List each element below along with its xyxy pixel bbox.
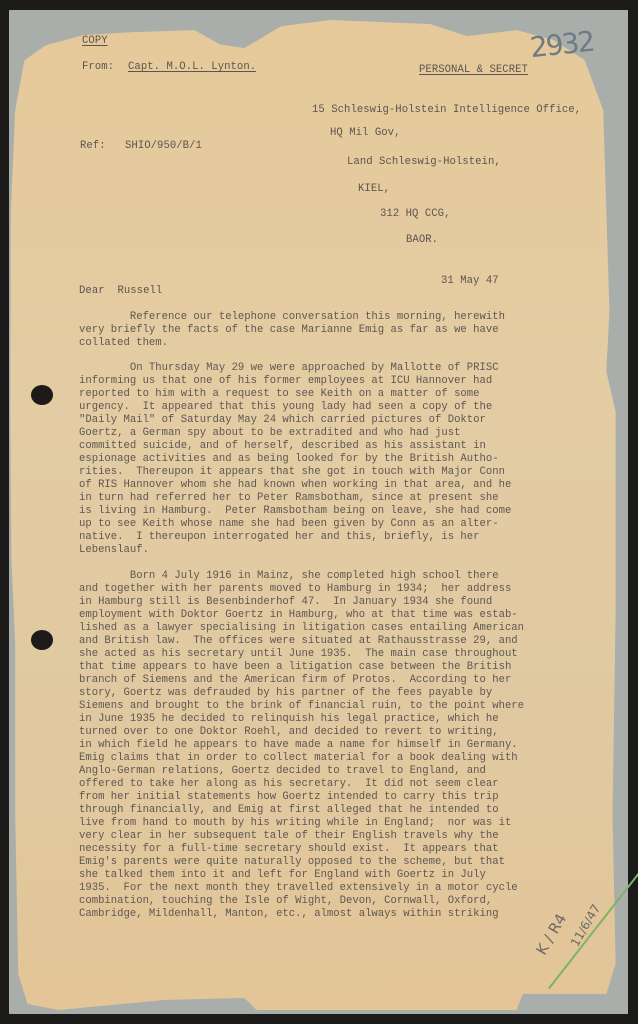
body-line: of RIS Hannover whom she had known when … [79, 479, 511, 491]
body-line: 1935. For the next month they travelled … [79, 882, 518, 894]
body-line: Emig claims that in order to collect mat… [79, 752, 518, 764]
body-line: combination, touching the Isle of Wight,… [79, 895, 492, 907]
body-line: and together with her parents moved to H… [79, 583, 511, 595]
body-line: committed suicide, and of herself, descr… [79, 440, 486, 452]
body-line: through financially, and Emig at first a… [79, 804, 499, 816]
body-line: Born 4 July 1916 in Mainz, she completed… [79, 570, 499, 582]
classification-marking: PERSONAL & SECRET [419, 64, 528, 77]
body-line: reported to him with a request to see Ke… [79, 388, 480, 400]
body-line: in Hamburg still is Besenbinderhof 47. I… [79, 596, 492, 608]
body-line: very clear in her subsequent tale of the… [79, 830, 499, 842]
body-line: rities. Thereupon it appears that she go… [79, 466, 505, 478]
ref-label: Ref: [80, 140, 106, 153]
body-line: Lebenslauf. [79, 544, 149, 556]
address-line-2: HQ Mil Gov, [330, 127, 400, 140]
body-line: employment with Doktor Goertz in Hamburg… [79, 609, 518, 621]
punch-hole-bottom [31, 630, 53, 650]
body-line: Goertz, a German spy about to be extradi… [79, 427, 460, 439]
body-line: up to see Keith whose name she had been … [79, 518, 499, 530]
copy-stamp: COPY [82, 35, 108, 48]
address-line-5: 312 HQ CCG, [380, 208, 450, 221]
body-line: branch of Siemens and the American firm … [79, 674, 511, 686]
from-label: From: [82, 61, 114, 74]
salutation: Dear Russell [79, 285, 162, 298]
body-line: story, Goertz was defrauded by his partn… [79, 687, 492, 699]
punch-hole-top [31, 385, 53, 405]
body-line: Siemens and brought to the brink of fina… [79, 700, 524, 712]
body-line: Reference our telephone conversation thi… [79, 311, 505, 323]
from-value: Capt. M.O.L. Lynton. [128, 61, 256, 74]
body-line: lished as a lawyer specialising in litig… [79, 622, 524, 634]
body-line: Emig's parents were quite naturally oppo… [79, 856, 505, 868]
body-line: urgency. It appeared that this young lad… [79, 401, 492, 413]
address-line-3: Land Schleswig-Holstein, [347, 156, 501, 169]
letter-date: 31 May 47 [441, 275, 499, 288]
body-line: Cambridge, Mildenhall, Manton, etc., alm… [79, 908, 499, 920]
archive-number-handwritten: 2932 [528, 25, 594, 64]
body-line: informing us that one of his former empl… [79, 375, 492, 387]
body-line: necessity for a full-time secretary shou… [79, 843, 499, 855]
body-line: On Thursday May 29 we were approached by… [79, 362, 499, 374]
body-line: is living in Hamburg. Peter Ramsbotham b… [79, 505, 511, 517]
address-line-6: BAOR. [406, 234, 438, 247]
body-line: in turn had referred her to Peter Ramsbo… [79, 492, 499, 504]
body-line: native. I thereupon interrogated her and… [79, 531, 480, 543]
ref-value: SHIO/950/B/1 [125, 140, 202, 153]
body-line: Anglo-German relations, Goertz decided t… [79, 765, 486, 777]
body-line: very briefly the facts of the case Maria… [79, 324, 499, 336]
body-line: espionage activities and as being looked… [79, 453, 499, 465]
body-line: from her initial statements how Goertz i… [79, 791, 499, 803]
address-line-4: KIEL, [358, 183, 390, 196]
body-line: live from hand to mouth by his writing w… [79, 817, 511, 829]
body-line: "Daily Mail" of Saturday May 24 which ca… [79, 414, 486, 426]
body-line: and British law. The offices were situat… [79, 635, 518, 647]
body-line: offered to take her along as his secreta… [79, 778, 499, 790]
body-line: that time appears to have been a litigat… [79, 661, 511, 673]
address-line-1: 15 Schleswig-Holstein Intelligence Offic… [312, 104, 581, 117]
body-line: she talked them into it and left for Eng… [79, 869, 486, 881]
body-line: turned over to one Doktor Roehl, and dec… [79, 726, 499, 738]
body-line: collated them. [79, 337, 168, 349]
body-line: in which field he appears to have made a… [79, 739, 518, 751]
body-line: she acted as his secretary until June 19… [79, 648, 518, 660]
body-line: in June 1935 he decided to relinquish hi… [79, 713, 499, 725]
